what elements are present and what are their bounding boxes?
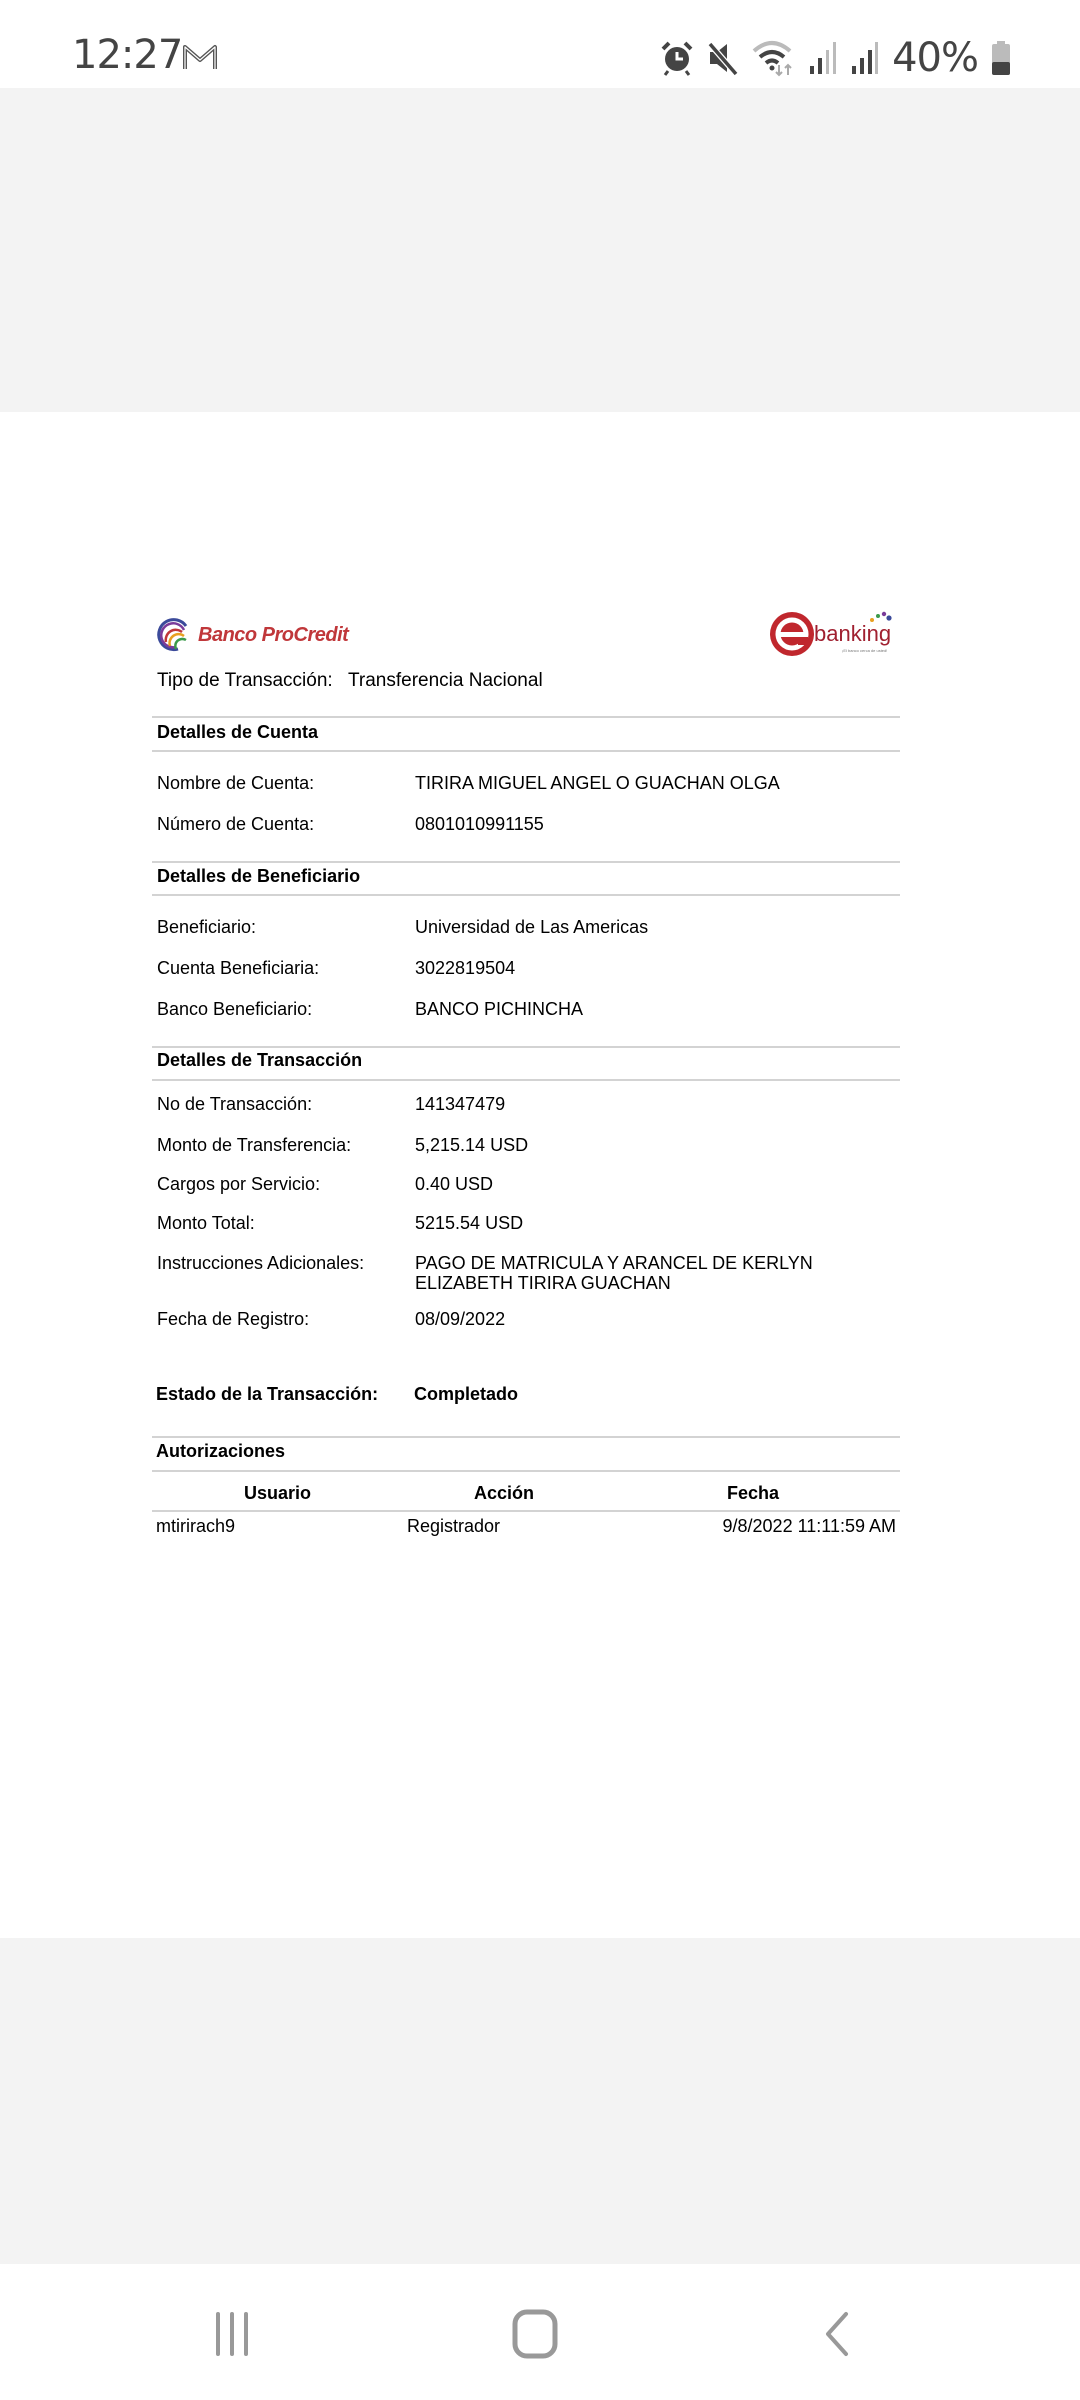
svg-text:banking: banking [814, 621, 891, 646]
row-value: 0.40 USD [415, 1174, 493, 1194]
row-value: 0801010991155 [415, 814, 544, 834]
divider [152, 1470, 900, 1472]
row-label: Cargos por Servicio: [157, 1174, 320, 1195]
section-title-beneficiary: Detalles de Beneficiario [157, 866, 360, 887]
section-title-authorizations: Autorizaciones [156, 1441, 285, 1462]
home-button[interactable] [495, 2304, 575, 2364]
row-label: Instrucciones Adicionales: [157, 1253, 364, 1274]
transaction-type-value: Transferencia Nacional [348, 670, 543, 692]
transaction-type-label: Tipo de Transacción: [157, 670, 333, 691]
section-title-account: Detalles de Cuenta [157, 722, 318, 743]
ebanking-logo: banking ¡El banco cerca de usted! [768, 608, 894, 660]
row-label: Cuenta Beneficiaria: [157, 958, 319, 979]
auth-cell-date: 9/8/2022 11:11:59 AM [723, 1516, 896, 1537]
row-label: Monto Total: [157, 1213, 255, 1234]
navigation-bar [0, 2264, 1080, 2400]
divider [152, 1510, 900, 1512]
row-label: Fecha de Registro: [157, 1309, 309, 1330]
row-value: 3022819504 [415, 958, 515, 978]
divider [152, 1079, 900, 1081]
procredit-globe-icon [156, 618, 190, 652]
transaction-type: Tipo de Transacción: Transferencia Nacio… [157, 670, 333, 692]
divider [152, 894, 900, 896]
row-value: 08/09/2022 [415, 1309, 505, 1329]
divider [152, 1436, 900, 1438]
row-value: 141347479 [415, 1094, 505, 1114]
home-icon [511, 2309, 559, 2359]
divider [152, 750, 900, 752]
row-label: Beneficiario: [157, 917, 256, 938]
divider [152, 716, 900, 718]
row-label: Monto de Transferencia: [157, 1135, 351, 1156]
row-label: Número de Cuenta: [157, 814, 314, 835]
row-label: Banco Beneficiario: [157, 999, 312, 1020]
status-value: Completado [414, 1384, 518, 1405]
row-value: BANCO PICHINCHA [415, 999, 583, 1019]
divider [152, 861, 900, 863]
transaction-status: Estado de la Transacción: Completado [156, 1384, 896, 1405]
back-button[interactable] [797, 2304, 877, 2364]
recent-apps-button[interactable] [192, 2304, 272, 2364]
procredit-logo: Banco ProCredit [156, 618, 348, 652]
back-icon [822, 2311, 852, 2357]
bank-name: Banco ProCredit [198, 624, 348, 647]
section-title-transaction: Detalles de Transacción [157, 1050, 362, 1071]
row-value: TIRIRA MIGUEL ANGEL O GUACHAN OLGA [415, 773, 780, 793]
row-label: Nombre de Cuenta: [157, 773, 314, 794]
status-label: Estado de la Transacción: [156, 1384, 378, 1404]
row-value: Universidad de Las Americas [415, 917, 648, 937]
row-value: 5,215.14 USD [415, 1135, 528, 1155]
column-header-action: Acción [474, 1483, 534, 1504]
row-label: No de Transacción: [157, 1094, 312, 1115]
ebanking-tagline: ¡El banco cerca de usted! [842, 648, 887, 653]
recent-apps-icon [210, 2311, 254, 2357]
row-value: 5215.54 USD [415, 1213, 523, 1233]
auth-cell-user: mtirirach9 [156, 1516, 235, 1537]
column-header-user: Usuario [244, 1483, 311, 1504]
transaction-receipt: Banco ProCredit banking ¡El banco cerca … [0, 0, 1080, 2400]
column-header-date: Fecha [727, 1483, 779, 1504]
divider [152, 1046, 900, 1048]
auth-cell-action: Registrador [407, 1516, 500, 1537]
row-value: PAGO DE MATRICULA Y ARANCEL DE KERLYN EL… [415, 1253, 855, 1293]
